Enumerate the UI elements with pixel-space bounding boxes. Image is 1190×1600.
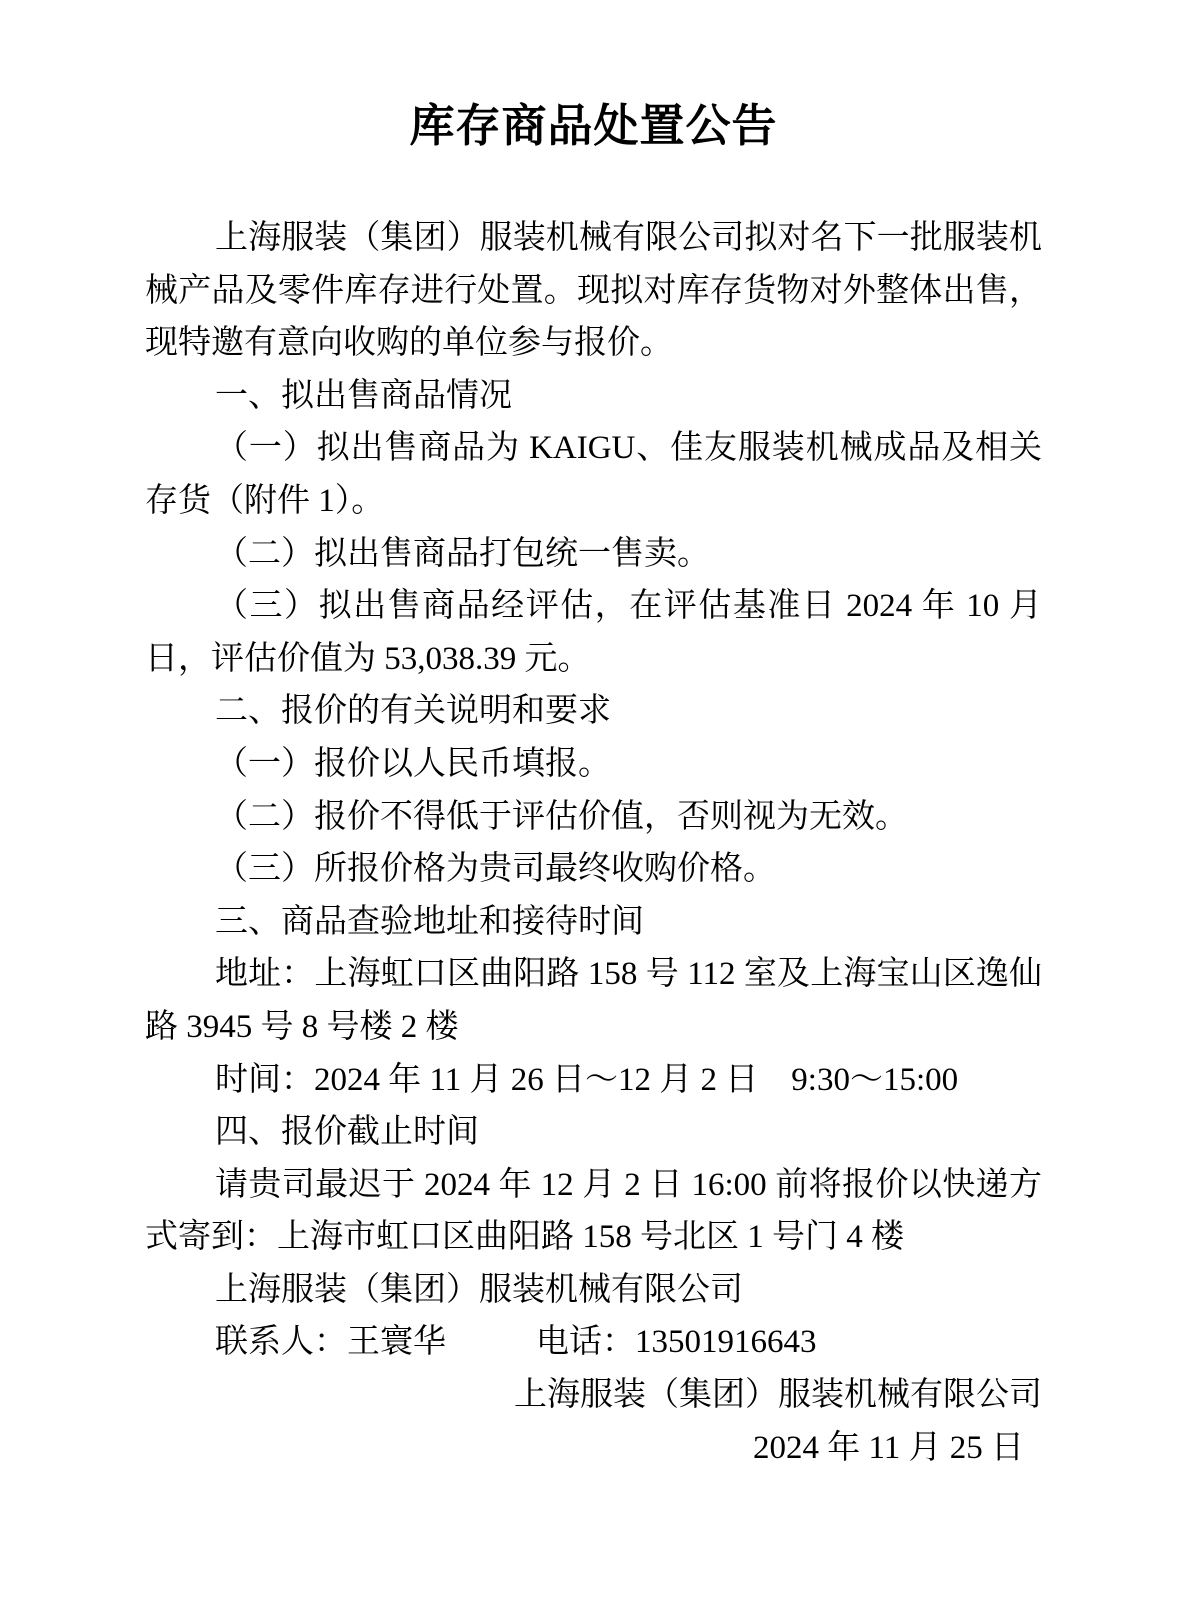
document-line: 路 3945 号 8 号楼 2 楼 <box>145 1001 1042 1054</box>
document-line: 现特邀有意向收购的单位参与报价。 <box>145 317 1042 370</box>
document-section-heading: 一、拟出售商品情况 <box>145 370 1042 423</box>
document-line: （一）报价以人民币填报。 <box>145 738 1042 791</box>
document-line: 时间：2024 年 11 月 26 日～12 月 2 日 9:30～15:00 <box>145 1054 1042 1107</box>
company-name-line: 上海服装（集团）服装机械有限公司 <box>145 1264 1042 1317</box>
document-page: 库存商品处置公告 上海服装（集团）服装机械有限公司拟对名下一批服装机 械产品及零… <box>0 0 1190 1600</box>
contact-phone-label: 电话：13501916643 <box>536 1324 817 1360</box>
document-line: 式寄到：上海市虹口区曲阳路 158 号北区 1 号门 4 楼 <box>145 1211 1042 1264</box>
document-line: 上海服装（集团）服装机械有限公司拟对名下一批服装机 <box>145 212 1042 265</box>
document-line: （三）拟出售商品经评估，在评估基准日 2024 年 10 月 25 <box>145 580 1042 633</box>
document-line: 械产品及零件库存进行处置。现拟对库存货物对外整体出售， <box>145 265 1042 318</box>
document-line: 存货（附件 1）。 <box>145 475 1042 528</box>
contact-line: 联系人：王寰华电话：13501916643 <box>145 1316 1042 1369</box>
document-line: 地址：上海虹口区曲阳路 158 号 112 室及上海宝山区逸仙 <box>145 948 1042 1001</box>
document-title: 库存商品处置公告 <box>145 96 1042 156</box>
document-line: （二）报价不得低于评估价值，否则视为无效。 <box>145 791 1042 844</box>
document-line: （一）拟出售商品为 KAIGU、佳友服装机械成品及相关零件 <box>145 422 1042 475</box>
document-line: （三）所报价格为贵司最终收购价格。 <box>145 843 1042 896</box>
signature-company: 上海服装（集团）服装机械有限公司 <box>145 1369 1042 1422</box>
signature-date: 2024 年 11 月 25 日 <box>145 1422 1042 1475</box>
document-section-heading: 三、商品查验地址和接待时间 <box>145 896 1042 949</box>
document-line: 请贵司最迟于 2024 年 12 月 2 日 16:00 前将报价以快递方 <box>145 1159 1042 1212</box>
document-section-heading: 四、报价截止时间 <box>145 1106 1042 1159</box>
document-line: 日，评估价值为 53,038.39 元。 <box>145 633 1042 686</box>
document-line: （二）拟出售商品打包统一售卖。 <box>145 528 1042 581</box>
contact-person-label: 联系人：王寰华 <box>215 1324 446 1360</box>
document-section-heading: 二、报价的有关说明和要求 <box>145 685 1042 738</box>
document-body: 上海服装（集团）服装机械有限公司拟对名下一批服装机 械产品及零件库存进行处置。现… <box>145 212 1042 1474</box>
